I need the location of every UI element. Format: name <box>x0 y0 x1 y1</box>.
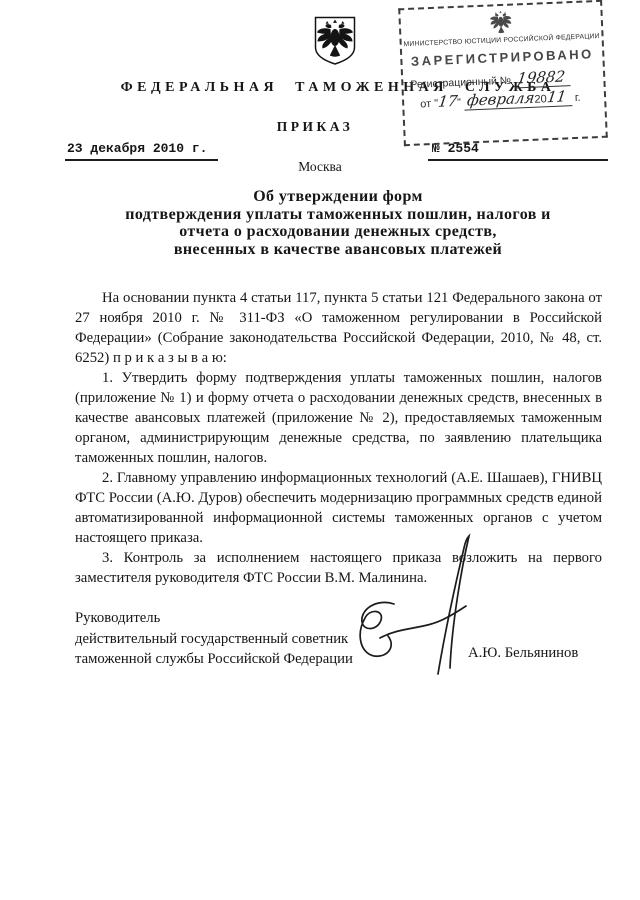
order-title-line-2: подтверждения уплаты таможенных пошлин, … <box>60 206 616 224</box>
signatory-position-line-1: Руководитель <box>75 608 353 629</box>
stamp-date-suffix: г. <box>572 92 581 104</box>
handwritten-signature-icon <box>338 526 488 678</box>
signatory-name: А.Ю. Бельянинов <box>468 645 578 662</box>
stamp-eagle-icon <box>487 8 514 37</box>
signatory-position-line-2: действительный государственный советник <box>75 629 353 650</box>
justice-registration-stamp: МИНИСТЕРСТВО ЮСТИЦИИ РОССИЙСКОЙ ФЕДЕРАЦИ… <box>398 0 608 146</box>
order-title-line-1: Об утверждении форм <box>60 188 616 206</box>
stamp-date-month-handwritten: февраля <box>466 91 535 109</box>
stamp-date-day-handwritten: 17 <box>437 94 458 110</box>
signatory-position: Руководитель действительный государствен… <box>75 608 353 670</box>
order-item-1: 1. Утвердить форму подтверждения уплаты … <box>75 368 602 468</box>
stamp-date-prefix: от " <box>420 98 438 111</box>
stamp-date-underline: февраля2011 <box>464 89 572 110</box>
signatory-position-line-3: таможенной службы Российской Федерации <box>75 649 353 670</box>
stamp-registered-label: ЗАРЕГИСТРИРОВАНО <box>402 46 602 69</box>
fts-eagle-emblem-icon <box>313 15 357 67</box>
order-city: Москва <box>0 159 640 175</box>
stamp-date-row: от "17" февраля2011 г. <box>420 88 605 113</box>
order-title-line-4: внесенных в качестве авансовых платежей <box>60 241 616 259</box>
order-date: 23 декабря 2010 г. <box>65 141 218 161</box>
stamp-reg-number-underline: 19882 <box>514 69 571 88</box>
order-basis-paragraph: На основании пункта 4 статьи 117, пункта… <box>75 288 602 368</box>
stamp-date-year-handwritten: 11 <box>546 89 567 105</box>
stamp-reg-number-handwritten: 19882 <box>516 69 566 86</box>
order-title: Об утверждении форм подтверждения уплаты… <box>60 188 616 258</box>
order-title-line-3: отчета о расходовании денежных средств, <box>60 223 616 241</box>
document-page: ФЕДЕРАЛЬНАЯ ТАМОЖЕННАЯ СЛУЖБА ПРИКАЗ 23 … <box>0 0 640 900</box>
stamp-date-century: 20 <box>534 93 547 106</box>
stamp-reg-label: Регистрационный № <box>410 75 511 91</box>
